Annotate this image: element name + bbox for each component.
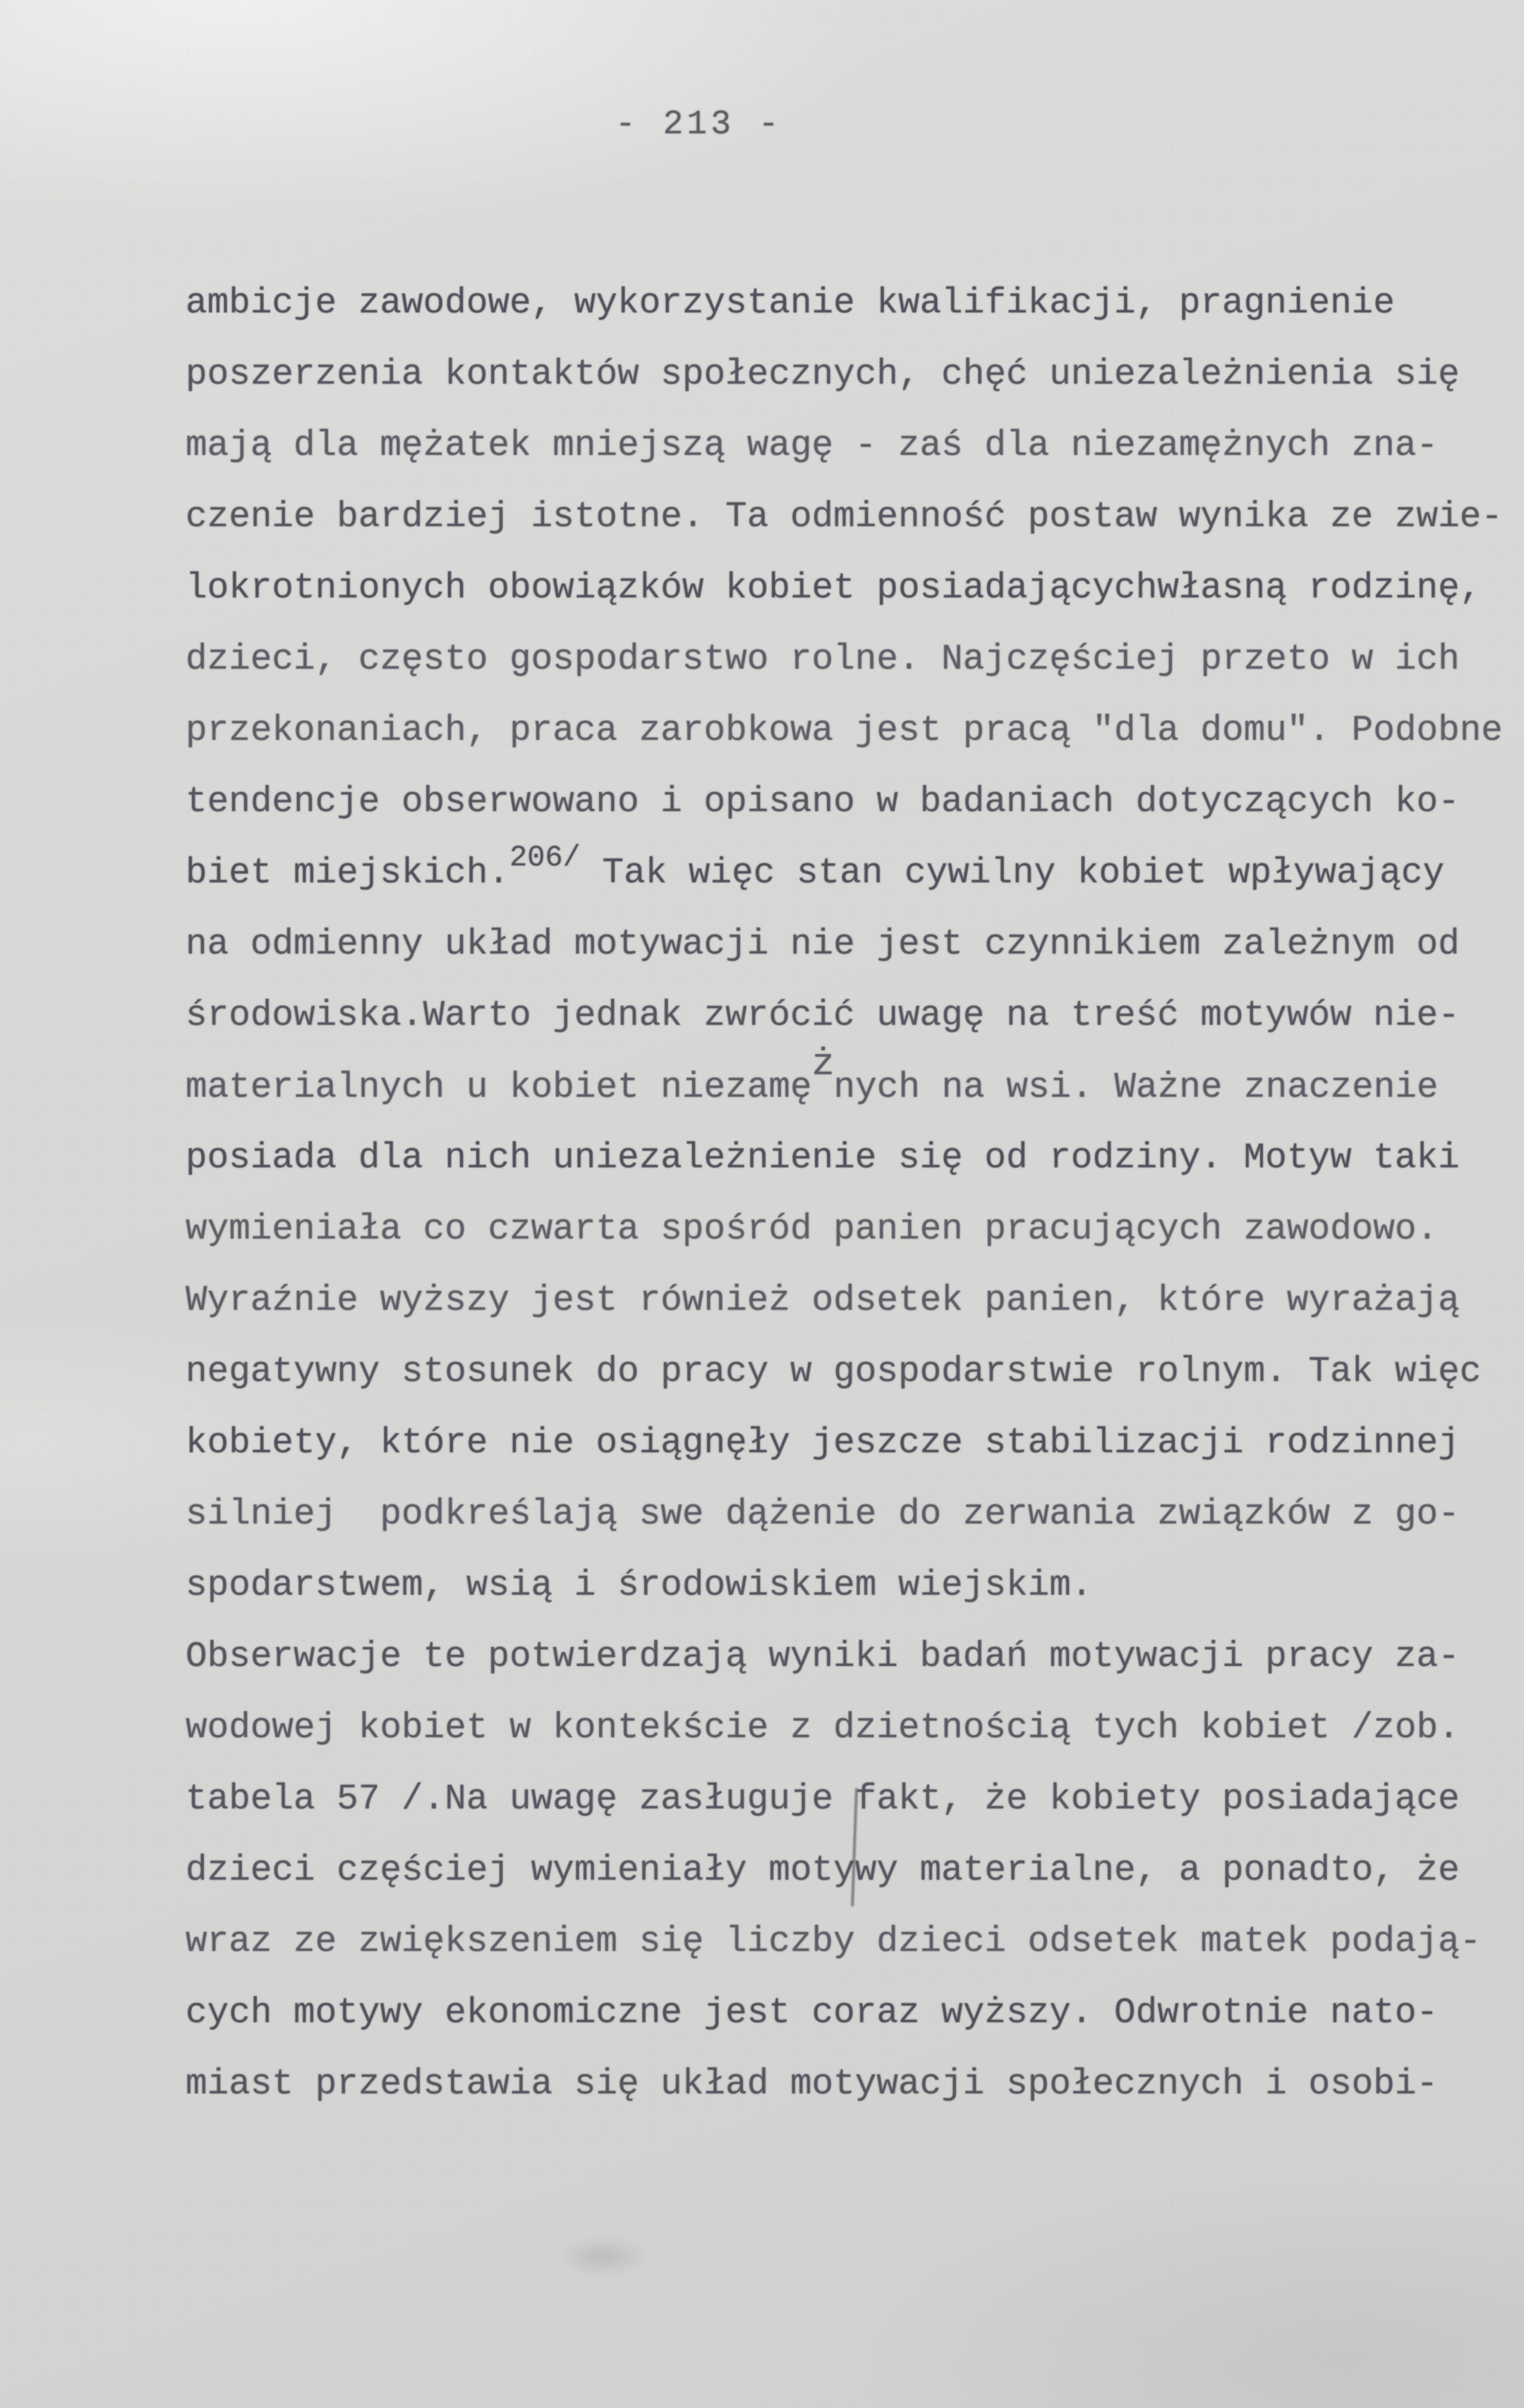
- text-line: wodowej kobiet w kontekście z dzietności…: [186, 1693, 1512, 1764]
- text-line: tendencje obserwowano i opisano w badani…: [186, 767, 1512, 838]
- text-line: przekonaniach, praca zarobkowa jest prac…: [186, 695, 1512, 767]
- scanned-page: - 213 - ambicje zawodowe, wykorzystanie …: [0, 0, 1524, 2408]
- page-number: - 213 -: [615, 106, 782, 144]
- text-line: na odmienny układ motywacji nie jest czy…: [186, 909, 1512, 980]
- text-line: silniej podkreślają swe dążenie do zerwa…: [186, 1479, 1512, 1550]
- text-line: negatywny stosunek do pracy w gospodarst…: [186, 1337, 1512, 1408]
- text-line: Obserwacje te potwierdzają wyniki badań …: [186, 1622, 1512, 1693]
- text-line: poszerzenia kontaktów społecznych, chęć …: [186, 339, 1512, 411]
- ink-smudge: [557, 2236, 649, 2277]
- inserted-character: ż: [812, 1029, 834, 1100]
- text-line: posiada dla nich uniezależnienie się od …: [186, 1123, 1512, 1194]
- text-line: lokrotnionych obowiązków kobiet posiadaj…: [186, 553, 1512, 624]
- text-line: czenie bardziej istotne. Ta odmienność p…: [186, 482, 1512, 553]
- text-line: wraz ze zwiększeniem się liczby dzieci o…: [186, 1907, 1512, 1978]
- text-line: tabela 57 /.Na uwagę zasługuje fakt, że …: [186, 1764, 1512, 1835]
- text-line: środowiska.Warto jednak zwrócić uwagę na…: [186, 980, 1512, 1052]
- text-line: biet miejskich.206/ Tak więc stan cywiln…: [186, 838, 1512, 909]
- text-line: wymieniała co czwarta spośród panien pra…: [186, 1194, 1512, 1265]
- text-line: materialnych u kobiet niezamężnych na ws…: [186, 1052, 1512, 1123]
- text-line: kobiety, które nie osiągnęły jeszcze sta…: [186, 1408, 1512, 1479]
- text-line: miast przedstawia się układ motywacji sp…: [186, 2049, 1512, 2120]
- text-line: spodarstwem, wsią i środowiskiem wiejski…: [186, 1550, 1512, 1622]
- text-line: mają dla mężatek mniejszą wagę - zaś dla…: [186, 411, 1512, 482]
- text-line: ambicje zawodowe, wykorzystanie kwalifik…: [186, 268, 1512, 339]
- text-line: Wyraźnie wyższy jest również odsetek pan…: [186, 1265, 1512, 1337]
- text-line: dzieci, często gospodarstwo rolne. Najcz…: [186, 624, 1512, 695]
- text-block: ambicje zawodowe, wykorzystanie kwalifik…: [186, 268, 1512, 2120]
- text-line: cych motywy ekonomiczne jest coraz wyższ…: [186, 1978, 1512, 2049]
- footnote-marker: 206/: [509, 841, 581, 875]
- text-line: dzieci częściej wymieniały motywy materi…: [186, 1835, 1512, 1907]
